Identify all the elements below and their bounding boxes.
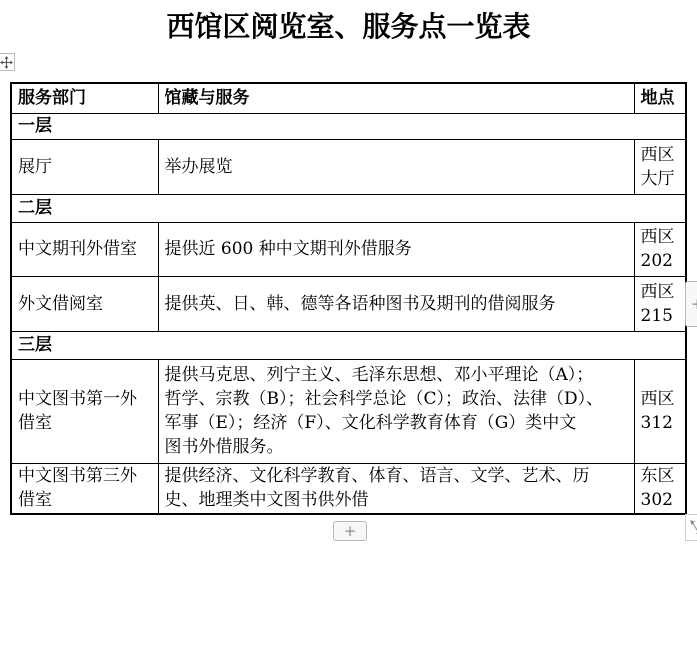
cell-service[interactable]: 举办展览 xyxy=(158,139,634,194)
table-row-exhibition-hall: 展厅 举办展览 西区 大厅 xyxy=(11,139,686,194)
plus-icon: + xyxy=(691,295,697,313)
cell-dept[interactable]: 展厅 xyxy=(11,139,158,194)
cell-dept[interactable]: 外文借阅室 xyxy=(11,276,158,331)
cell-service[interactable]: 提供马克思、列宁主义、毛泽东思想、邓小平理论（A）； 哲学、宗教（B）；社会科学… xyxy=(158,359,634,463)
resize-diagonal-icon xyxy=(689,519,697,536)
table-resize-handle[interactable] xyxy=(685,514,697,541)
table-row-chinese-books-first: 中文图书第一外 借室 提供马克思、列宁主义、毛泽东思想、邓小平理论（A）； 哲学… xyxy=(11,359,686,463)
document-page: 西馆区阅览室、服务点一览表 服务部门 馆藏与服务 地点 一层 展厅 举办展览 xyxy=(0,0,697,655)
table-row-foreign-books: 外文借阅室 提供英、日、韩、德等各语种图书及期刊的借阅服务 西区 215 xyxy=(11,276,686,331)
header-collections-services[interactable]: 馆藏与服务 xyxy=(158,83,634,113)
table-row-chinese-periodicals: 中文期刊外借室 提供近 600 种中文期刊外借服务 西区 202 xyxy=(11,222,686,276)
cell-location[interactable]: 西区 215 xyxy=(634,276,686,331)
header-service-department[interactable]: 服务部门 xyxy=(11,83,158,113)
move-cross-icon xyxy=(0,56,13,69)
table-header-row: 服务部门 馆藏与服务 地点 xyxy=(11,83,686,113)
header-location[interactable]: 地点 xyxy=(634,83,686,113)
section-row-floor-1: 一层 xyxy=(11,113,686,139)
section-label[interactable]: 二层 xyxy=(11,194,686,222)
cell-location[interactable]: 西区 312 xyxy=(634,359,686,463)
cell-location[interactable]: 西区 202 xyxy=(634,222,686,276)
plus-icon: + xyxy=(344,522,357,540)
section-label[interactable]: 三层 xyxy=(11,331,686,359)
add-column-button[interactable]: + xyxy=(685,281,697,327)
table-row-chinese-books-third: 中文图书第三外 借室 提供经济、文化科学教育、体育、语言、文学、艺术、历 史、地… xyxy=(11,463,686,514)
cell-dept[interactable]: 中文图书第三外 借室 xyxy=(11,463,158,514)
cell-location[interactable]: 西区 大厅 xyxy=(634,139,686,194)
section-row-floor-3: 三层 xyxy=(11,331,686,359)
section-label[interactable]: 一层 xyxy=(11,113,686,139)
add-row-button[interactable]: + xyxy=(333,521,367,541)
page-title[interactable]: 西馆区阅览室、服务点一览表 xyxy=(0,10,697,44)
table-move-handle[interactable] xyxy=(0,53,15,71)
service-points-table: 服务部门 馆藏与服务 地点 一层 展厅 举办展览 西区 大厅 二层 中文期刊外借… xyxy=(10,82,687,515)
cell-location[interactable]: 东区 302 xyxy=(634,463,686,514)
cell-dept[interactable]: 中文图书第一外 借室 xyxy=(11,359,158,463)
cell-service[interactable]: 提供英、日、韩、德等各语种图书及期刊的借阅服务 xyxy=(158,276,634,331)
cell-service[interactable]: 提供经济、文化科学教育、体育、语言、文学、艺术、历 史、地理类中文图书供外借 xyxy=(158,463,634,514)
cell-dept[interactable]: 中文期刊外借室 xyxy=(11,222,158,276)
section-row-floor-2: 二层 xyxy=(11,194,686,222)
cell-service[interactable]: 提供近 600 种中文期刊外借服务 xyxy=(158,222,634,276)
